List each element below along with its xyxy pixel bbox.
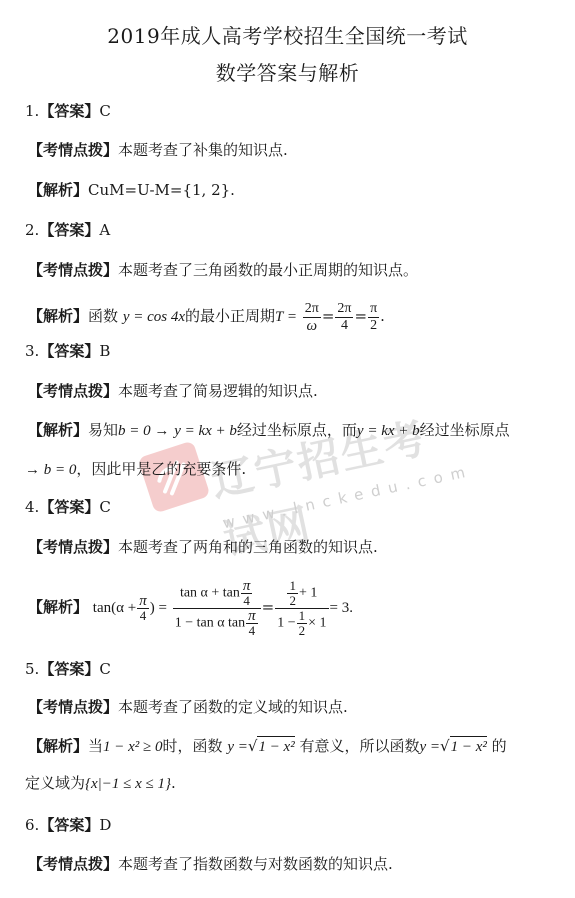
q5-analysis-line-2: 定义域为{x|−1 ≤ x ≤ 1}. [25, 773, 176, 794]
answer-label: 【答案】 [39, 342, 99, 360]
math-expression: ) = [150, 600, 167, 616]
numerator: 12+ 1 [275, 579, 328, 609]
analysis-label: 【解析】 [28, 181, 88, 199]
numerator: tan α + tanπ4 [173, 579, 261, 609]
big-fraction: tan α + tanπ4 1 − tan α tanπ4 [173, 579, 261, 638]
denominator-text: 1 − [277, 615, 295, 630]
q4-analysis-line: 【解析】 tan(α +π4) = tan α + tanπ4 1 − tan … [28, 572, 353, 643]
period: . [171, 774, 176, 792]
denominator: 1 − tan α tanπ4 [173, 609, 261, 638]
numerator: π [241, 579, 253, 594]
math-expression: y = [420, 739, 441, 755]
big-fraction: 12+ 1 1 −12× 1 [275, 579, 328, 638]
math-expression: T = [275, 309, 297, 325]
denominator: 4 [246, 624, 258, 638]
answer-value: D [99, 816, 111, 834]
analysis-text: 当 [88, 737, 103, 755]
q1-analysis-line: 【解析】CuM=U-M={1, 2}. [28, 180, 235, 200]
numerator: π [368, 301, 379, 318]
numerator: 1 [287, 579, 298, 594]
q4-answer-line: 4.【答案】C [25, 497, 111, 517]
fraction: 2πω [303, 301, 321, 334]
math-expression: → b = 0 [25, 462, 76, 478]
fraction: 12 [297, 609, 308, 638]
numerator: 2π [335, 301, 353, 318]
answer-label: 【答案】 [39, 660, 99, 678]
knowledge-label: 【考情点拨】 [28, 382, 118, 400]
analysis-label: 【解析】 [28, 307, 88, 325]
analysis-text: 函数 [88, 307, 118, 325]
answer-label: 【答案】 [39, 816, 99, 834]
math-expression: 1 − x² ≥ 0 [103, 739, 163, 755]
watermark-url: www.lnckedu.com [221, 462, 475, 533]
question-number: 4. [25, 498, 39, 516]
knowledge-text: 本题考查了指数函数与对数函数的知识点. [118, 855, 393, 873]
period: . [380, 307, 385, 325]
fraction: π2 [368, 301, 379, 334]
document-title: 2019年成人高考学校招生全国统一考试 [0, 20, 575, 49]
denominator-text: × 1 [308, 615, 326, 630]
numerator: 2π [303, 301, 321, 318]
knowledge-label: 【考情点拨】 [28, 261, 118, 279]
question-number: 5. [25, 660, 39, 678]
question-number: 2. [25, 221, 39, 239]
analysis-label: 【解析】 [28, 598, 88, 616]
analysis-text: 时，函数 [163, 737, 223, 755]
fraction: π4 [241, 579, 253, 608]
q3-knowledge-line: 【考情点拨】本题考查了简易逻辑的知识点. [28, 381, 318, 401]
knowledge-label: 【考情点拨】 [28, 141, 118, 159]
numerator: 1 [297, 609, 308, 624]
analysis-text: 定义域为 [25, 774, 85, 792]
sqrt-expression: 1 − x² [257, 736, 294, 757]
answer-value: A [99, 221, 110, 239]
analysis-text: ，因此甲是乙的充要条件. [76, 460, 246, 478]
math-expression: y = cos 4x [123, 309, 185, 325]
analysis-text: CuM=U-M={1, 2}. [88, 181, 235, 199]
fraction: 2π4 [335, 301, 353, 334]
q5-knowledge-line: 【考情点拨】本题考查了函数的定义域的知识点. [28, 697, 348, 717]
analysis-label: 【解析】 [28, 737, 88, 755]
question-number: 6. [25, 816, 39, 834]
sqrt-expression: 1 − x² [450, 736, 487, 757]
answer-value: B [99, 342, 110, 360]
math-expression: tan(α + [93, 600, 136, 616]
denominator: ω [303, 318, 321, 334]
knowledge-text: 本题考查了两角和的三角函数的知识点. [118, 538, 378, 556]
q5-answer-line: 5.【答案】C [25, 659, 111, 679]
q6-knowledge-line: 【考情点拨】本题考查了指数函数与对数函数的知识点. [28, 854, 393, 874]
analysis-text: 经过坐标原点，而 [237, 421, 357, 439]
analysis-text: 的 [492, 737, 507, 755]
knowledge-label: 【考情点拨】 [28, 538, 118, 556]
numerator: π [137, 594, 149, 609]
q1-knowledge-line: 【考情点拨】本题考查了补集的知识点. [28, 140, 288, 160]
analysis-text: 有意义，所以函数 [300, 737, 420, 755]
knowledge-label: 【考情点拨】 [28, 698, 118, 716]
numerator-text: tan α + tan [180, 585, 240, 600]
q2-knowledge-line: 【考情点拨】本题考查了三角函数的最小正周期的知识点。 [28, 260, 418, 280]
answer-value: C [99, 102, 110, 120]
analysis-text: 经过坐标原点 [420, 421, 510, 439]
knowledge-text: 本题考查了三角函数的最小正周期的知识点。 [118, 261, 418, 279]
numerator: π [246, 609, 258, 624]
q3-answer-line: 3.【答案】B [25, 341, 110, 361]
math-expression: {x|−1 ≤ x ≤ 1} [85, 776, 171, 792]
q4-knowledge-line: 【考情点拨】本题考查了两角和的三角函数的知识点. [28, 537, 378, 557]
answer-value: C [99, 660, 110, 678]
answer-label: 【答案】 [39, 102, 99, 120]
question-number: 3. [25, 342, 39, 360]
denominator: 4 [335, 318, 353, 334]
fraction: 12 [287, 579, 298, 608]
q6-answer-line: 6.【答案】D [25, 815, 111, 835]
fraction: π4 [137, 594, 149, 623]
denominator: 2 [287, 594, 298, 608]
knowledge-label: 【考情点拨】 [28, 855, 118, 873]
q1-answer-line: 1.【答案】C [25, 101, 111, 121]
denominator: 4 [137, 609, 149, 623]
denominator: 2 [297, 624, 308, 638]
document-subtitle: 数学答案与解析 [0, 57, 575, 86]
q3-analysis-line: 【解析】易知b = 0 → y = kx + b经过坐标原点，而y = kx +… [28, 420, 510, 441]
answer-value: C [99, 498, 110, 516]
analysis-text: 的最小正周期 [185, 307, 275, 325]
question-number: 1. [25, 102, 39, 120]
knowledge-text: 本题考查了补集的知识点. [118, 141, 288, 159]
math-expression: = 3. [330, 600, 353, 616]
math-expression: y = kx + b [174, 423, 237, 439]
q2-answer-line: 2.【答案】A [25, 220, 110, 240]
knowledge-text: 本题考查了简易逻辑的知识点. [118, 382, 318, 400]
fraction: π4 [246, 609, 258, 638]
numerator-text: + 1 [299, 585, 317, 600]
math-expression: y = [227, 739, 248, 755]
q3-analysis-line-2: → b = 0，因此甲是乙的充要条件. [25, 459, 246, 480]
analysis-label: 【解析】 [28, 421, 88, 439]
denominator: 2 [368, 318, 379, 334]
denominator-text: 1 − tan α tan [175, 615, 245, 630]
answer-label: 【答案】 [39, 498, 99, 516]
math-expression: b = 0 → [118, 423, 169, 439]
denominator: 4 [241, 594, 253, 608]
denominator: 1 −12× 1 [275, 609, 328, 638]
analysis-text: 易知 [88, 421, 118, 439]
math-expression: y = kx + b [357, 423, 420, 439]
q5-analysis-line: 【解析】当1 − x² ≥ 0时，函数 y =√1 − x² 有意义，所以函数y… [28, 736, 507, 757]
knowledge-text: 本题考查了函数的定义域的知识点. [118, 698, 348, 716]
answer-label: 【答案】 [39, 221, 99, 239]
q2-analysis-line: 【解析】函数 y = cos 4x的最小正周期T = 2πω=2π4=π2. [28, 296, 385, 337]
